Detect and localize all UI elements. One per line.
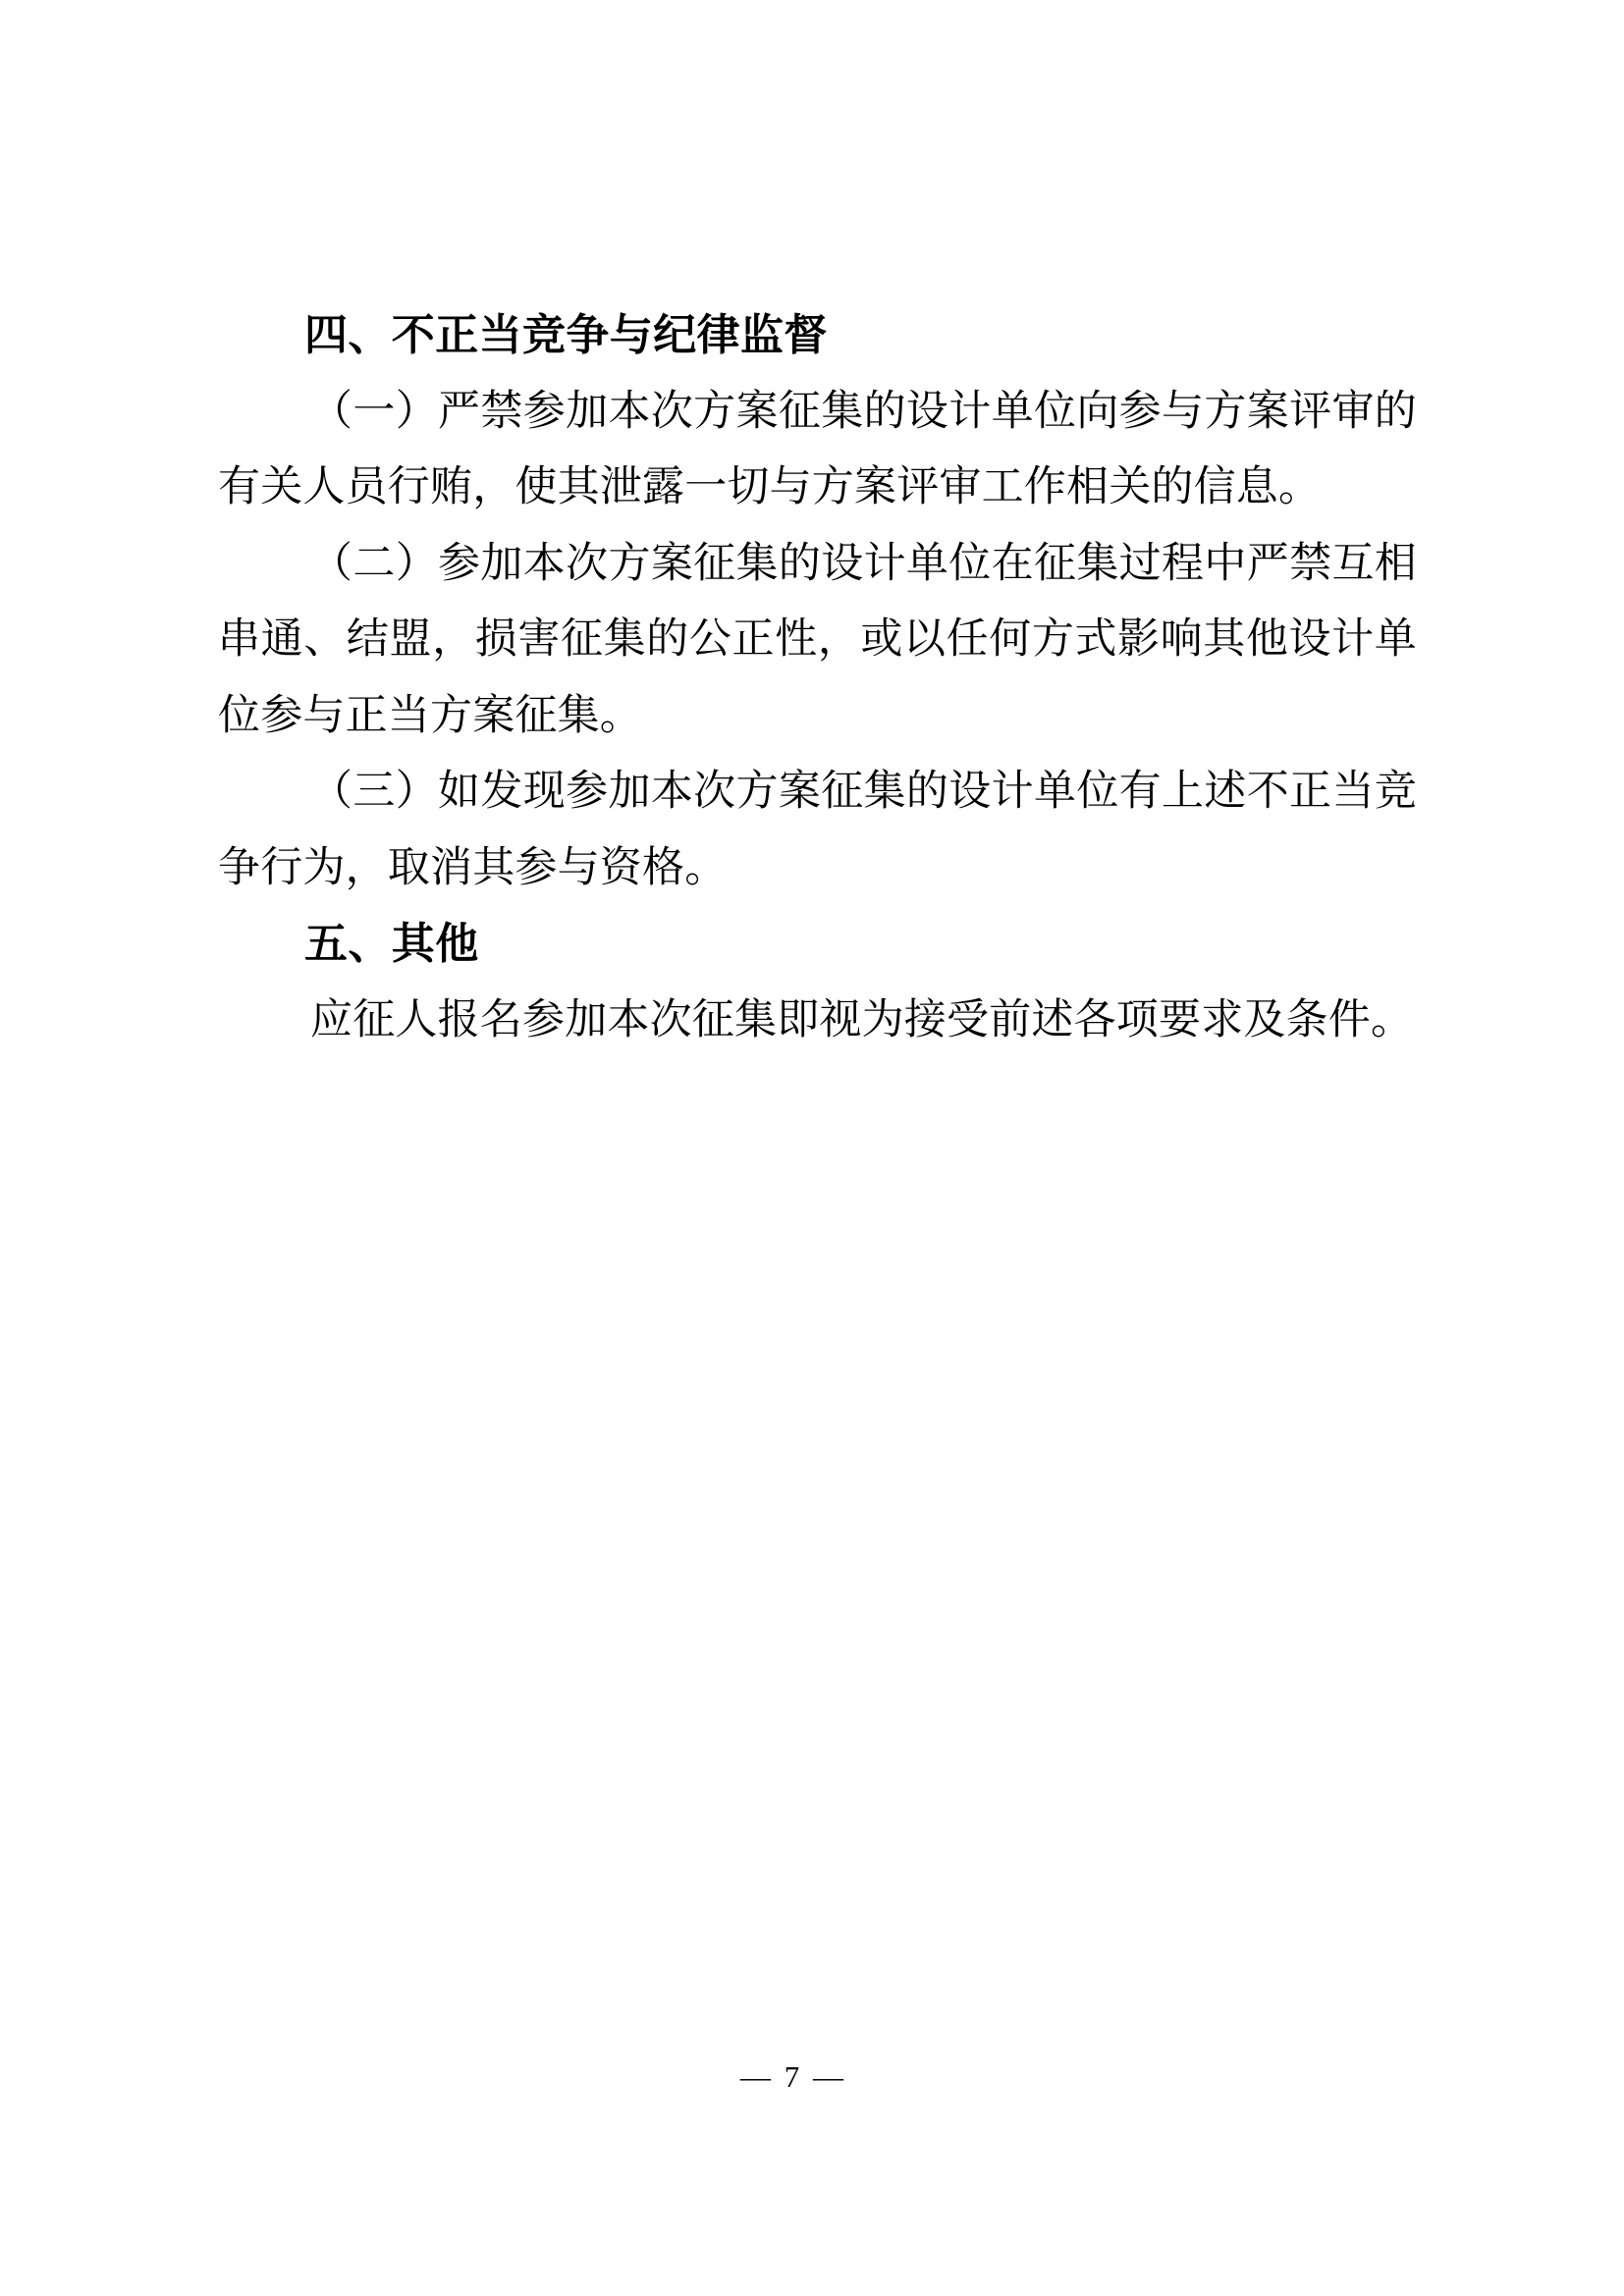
paragraph-collusion-prohibition: （二）参加本次方案征集的设计单位在征集过程中严禁互相串通、结盟，损害征集的公正性… [218,526,1417,755]
paragraph-disqualification: （三）如发现参加本次方案征集的设计单位有上述不正当竞争行为，取消其参与资格。 [218,754,1417,906]
page-number: — 7 — [0,2057,1587,2097]
section-heading-four: 四、不正当竞争与纪律监督 [218,297,1417,374]
document-body: 四、不正当竞争与纪律监督 （一）严禁参加本次方案征集的设计单位向参与方案评审的有… [218,297,1417,1058]
paragraph-acceptance-of-terms: 应征人报名参加本次征集即视为接受前述各项要求及条件。 [218,983,1417,1059]
section-heading-five: 五、其他 [218,906,1417,983]
document-page: 四、不正当竞争与纪律监督 （一）严禁参加本次方案征集的设计单位向参与方案评审的有… [0,0,1624,2296]
paragraph-bribery-prohibition: （一）严禁参加本次方案征集的设计单位向参与方案评审的有关人员行贿，使其泄露一切与… [218,374,1417,526]
